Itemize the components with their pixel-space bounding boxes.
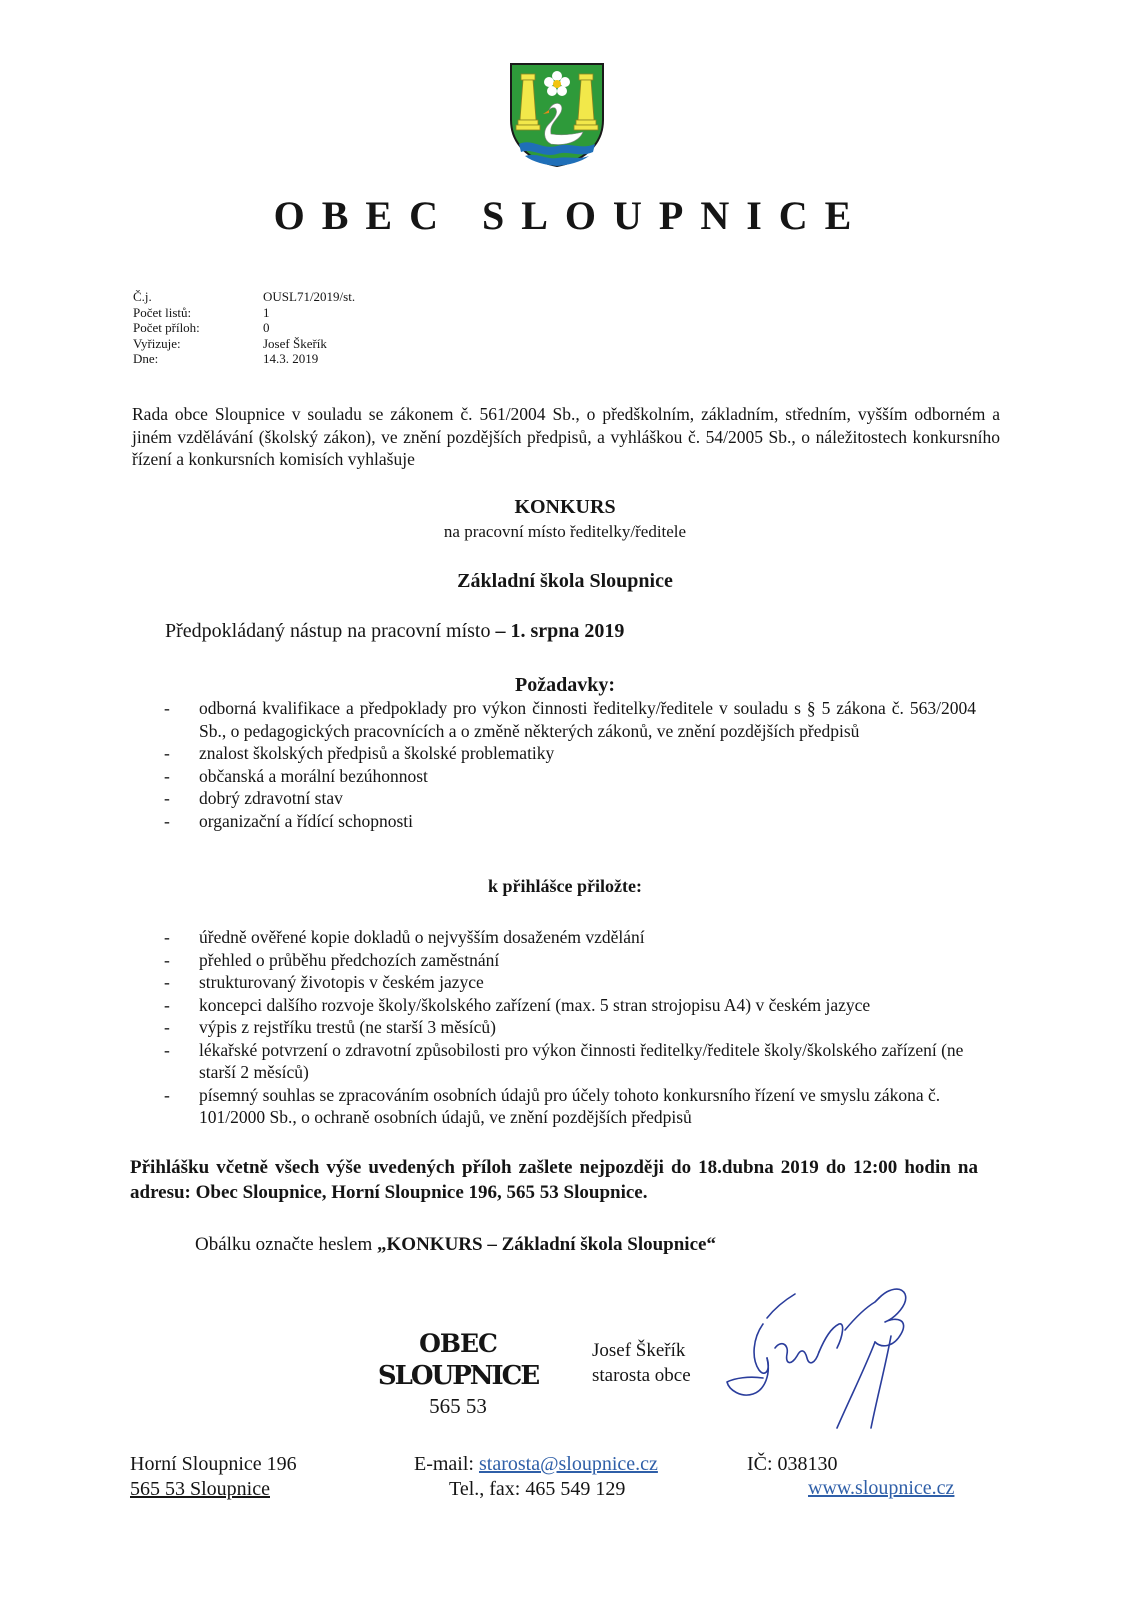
signer-name: Josef Škeřík <box>592 1338 691 1363</box>
email-label: E-mail: <box>414 1453 474 1475</box>
meta-value: 0 <box>263 320 270 336</box>
meta-row-reference: Č.j.OUSL71/2019/st. <box>133 289 355 305</box>
meta-row-handler: Vyřizuje:Josef Škeřík <box>133 336 355 352</box>
company-id: IČ: 038130 <box>747 1452 838 1477</box>
address-line-2: 565 53 Sloupnice <box>130 1477 297 1502</box>
konkurs-heading: KONKURS <box>140 496 990 519</box>
start-label: Předpokládaný nástup na pracovní místo <box>165 620 491 642</box>
meta-label: Dne: <box>133 351 263 367</box>
attachments-heading: k přihlášce přiložte: <box>140 876 990 897</box>
footer-ic: IČ: 038130 <box>747 1452 838 1477</box>
stamp-line-3: 565 53 <box>368 1392 548 1420</box>
requirements-list: odborná kvalifikace a předpoklady pro vý… <box>158 697 976 832</box>
list-item: písemný souhlas se zpracováním osobních … <box>158 1084 976 1129</box>
website-link[interactable]: www.sloupnice.cz <box>808 1477 954 1500</box>
stamp-line-1: OBEC <box>368 1328 548 1360</box>
requirements-heading: Požadavky: <box>140 674 990 697</box>
official-stamp: OBEC SLOUPNICE 565 53 <box>368 1328 548 1420</box>
footer-contact: E-mail: starosta@sloupnice.cz Tel., fax:… <box>414 1452 658 1502</box>
envelope-instruction: Obálku označte heslem „KONKURS – Základn… <box>195 1234 716 1256</box>
list-item: odborná kvalifikace a předpoklady pro vý… <box>158 697 976 742</box>
envelope-keyword: „KONKURS – Základní škola Sloupnice“ <box>377 1234 716 1255</box>
envelope-prefix: Obálku označte heslem <box>195 1234 372 1255</box>
intro-paragraph: Rada obce Sloupnice v souladu se zákonem… <box>132 403 1000 471</box>
meta-label: Počet příloh: <box>133 320 263 336</box>
list-item: úředně ověřené kopie dokladů o nejvyšším… <box>158 926 976 949</box>
meta-row-attachments: Počet příloh:0 <box>133 320 355 336</box>
email-link[interactable]: starosta@sloupnice.cz <box>479 1453 658 1475</box>
meta-value: 14.3. 2019 <box>263 351 318 367</box>
list-item: znalost školských předpisů a školské pro… <box>158 742 976 765</box>
meta-value: 1 <box>263 305 270 321</box>
meta-value: OUSL71/2019/st. <box>263 289 355 305</box>
document-metadata: Č.j.OUSL71/2019/st. Počet listů:1 Počet … <box>133 289 355 367</box>
meta-label: Počet listů: <box>133 305 263 321</box>
phone-fax: Tel., fax: 465 549 129 <box>414 1477 658 1502</box>
school-name: Základní škola Sloupnice <box>140 570 990 593</box>
attachments-list: úředně ověřené kopie dokladů o nejvyšším… <box>158 926 976 1129</box>
handwritten-signature-icon <box>715 1278 925 1438</box>
list-item: občanská a morální bezúhonnost <box>158 765 976 788</box>
meta-value: Josef Škeřík <box>263 336 327 352</box>
signer-block: Josef Škeřík starosta obce <box>592 1338 691 1388</box>
list-item: lékařské potvrzení o zdravotní způsobilo… <box>158 1039 976 1084</box>
list-item: dobrý zdravotní stav <box>158 787 976 810</box>
stamp-line-2: SLOUPNICE <box>368 1360 548 1392</box>
list-item: výpis z rejstříku trestů (ne starší 3 mě… <box>158 1016 976 1039</box>
list-item: přehled o průběhu předchozích zaměstnání <box>158 949 976 972</box>
coat-of-arms-icon <box>509 62 605 167</box>
meta-row-sheets: Počet listů:1 <box>133 305 355 321</box>
konkurs-subtitle: na pracovní místo ředitelky/ředitele <box>140 522 990 542</box>
footer-address: Horní Sloupnice 196 565 53 Sloupnice <box>130 1452 297 1502</box>
list-item: strukturovaný životopis v českém jazyce <box>158 971 976 994</box>
start-date: – 1. srpna 2019 <box>496 620 625 642</box>
organization-title: OBEC SLOUPNICE <box>0 192 1132 239</box>
list-item: koncepci dalšího rozvoje školy/školského… <box>158 994 976 1017</box>
meta-label: Vyřizuje: <box>133 336 263 352</box>
meta-row-date: Dne:14.3. 2019 <box>133 351 355 367</box>
email-line: E-mail: starosta@sloupnice.cz <box>414 1452 658 1477</box>
start-date-line: Předpokládaný nástup na pracovní místo –… <box>165 620 624 643</box>
signer-role: starosta obce <box>592 1363 691 1388</box>
address-line-1: Horní Sloupnice 196 <box>130 1452 297 1477</box>
meta-label: Č.j. <box>133 289 263 305</box>
list-item: organizační a řídící schopnosti <box>158 810 976 833</box>
deadline-notice: Přihlášku včetně všech výše uvedených př… <box>130 1155 978 1205</box>
